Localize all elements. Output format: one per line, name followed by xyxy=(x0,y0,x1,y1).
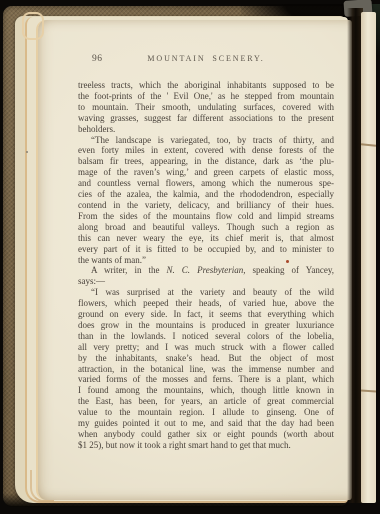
text-line: the East, has been, for years, an articl… xyxy=(78,396,334,407)
text-line: beholders. xyxy=(78,124,334,135)
text-line: to mountain. Their smooth, undulating su… xyxy=(78,102,334,113)
text-line: mage of the raven’s wing,’ and green car… xyxy=(78,167,334,178)
page-corner-curl xyxy=(22,12,44,40)
text-line: treeless tracts, which the aboriginal in… xyxy=(78,80,334,91)
text-line: even forty miles in extent, covered with… xyxy=(78,145,334,156)
text-line: my guides pointed it out to me, and said… xyxy=(78,418,334,429)
text-line: ground on every side. In fact, it seems … xyxy=(78,309,334,320)
text-line: flowers, which peeped their heads, of va… xyxy=(78,298,334,309)
text-line: does grow in the mountains is produced i… xyxy=(78,320,334,331)
text-line: when anybody could gather six or eight p… xyxy=(78,429,334,440)
text-line: “I was surprised at the variety and beau… xyxy=(78,287,334,298)
text-block-body: treeless tracts, which the aboriginal in… xyxy=(78,80,334,458)
text-line: balsam fir trees, appearing, in the dist… xyxy=(78,156,334,167)
text-line: $1 25), but now it took a right smart ha… xyxy=(78,440,334,451)
text-line: I found among the mountains, which, thou… xyxy=(78,385,334,396)
text-line: the wants of man.” xyxy=(78,255,334,266)
running-head: MOUNTAIN SCENERY. xyxy=(78,54,334,63)
text-line: the foot-prints of the ' Evil One,' as h… xyxy=(78,91,334,102)
text-line: all very pretty; and I was much struck w… xyxy=(78,342,334,353)
text-line: value to the mountain region. I allude t… xyxy=(78,407,334,418)
text-line: every part of it is fitted to be occupie… xyxy=(78,244,334,255)
text-line: waving grasses, suggest far different as… xyxy=(78,113,334,124)
text-line: this can never weary the eye, its chief … xyxy=(78,233,334,244)
gray-speck xyxy=(26,151,28,153)
text-line: along broad and beautiful valleys. Thoug… xyxy=(78,222,334,233)
text-line: says:— xyxy=(78,276,334,287)
text-line: than in the lowlands. I noticed several … xyxy=(78,331,334,342)
text-line: cies of the azalea, the kalmia, and the … xyxy=(78,189,334,200)
page-edge-notch xyxy=(361,389,376,392)
page-number: 96 xyxy=(92,54,103,64)
page-corner-stack xyxy=(30,470,54,502)
text-line: A writer, in the N. C. Presbyterian, spe… xyxy=(78,265,334,276)
page-header: 96 MOUNTAIN SCENERY. xyxy=(78,54,334,66)
red-ink-speck xyxy=(286,260,289,263)
text-line: From the sides of the mountains flow col… xyxy=(78,211,334,222)
book-photo: 96 MOUNTAIN SCENERY. treeless tracts, wh… xyxy=(0,0,380,514)
adjacent-page-edge xyxy=(361,12,376,503)
text-line: contend in the variety, delicacy, and br… xyxy=(78,200,334,211)
text-line: by the inhabitants, snake’s head. But th… xyxy=(78,353,334,364)
text-line: and countless vernal flowers, among whic… xyxy=(78,178,334,189)
text-line: varied forms of the mosses and ferns. Th… xyxy=(78,374,334,385)
page-edge-notch xyxy=(361,143,376,147)
text-line: attraction, in the botanical line, was t… xyxy=(78,364,334,375)
text-line: “The landscape is variegated, too, by tr… xyxy=(78,135,334,146)
